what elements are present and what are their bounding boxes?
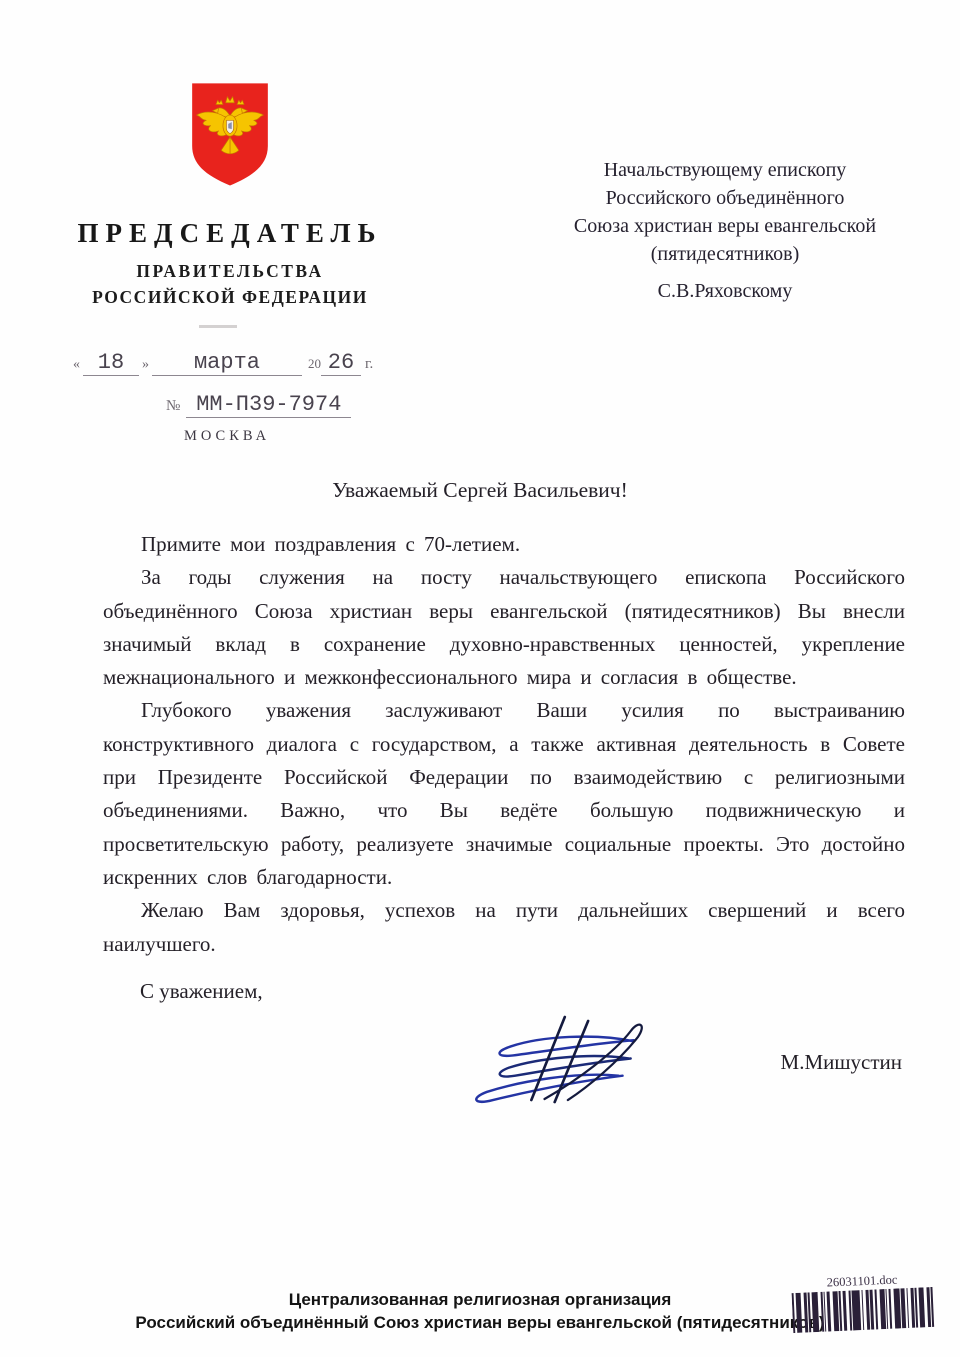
date-month: марта — [152, 350, 302, 376]
paragraph: Желаю Вам здоровья, успехов на пути даль… — [103, 894, 905, 961]
russia-coat-of-arms-icon — [186, 78, 274, 190]
addressee-name: С.В.Ряховскому — [520, 277, 930, 305]
date-line: « 18 » марта 20 26 г. — [70, 350, 373, 376]
closing-phrase: С уважением, — [140, 979, 263, 1004]
number-sign: № — [166, 398, 180, 415]
barcode-icon — [792, 1287, 936, 1333]
letterhead: ПРЕДСЕДАТЕЛЬ ПРАВИТЕЛЬСТВА РОССИЙСКОЙ ФЕ… — [58, 78, 402, 308]
open-quote: « — [70, 357, 83, 373]
letterhead-subtitle-1: ПРАВИТЕЛЬСТВА — [58, 261, 402, 282]
barcode-block: 26031101.doc — [791, 1271, 935, 1333]
document-number: ММ-П39-7974 — [186, 392, 351, 418]
addressee-line: (пятидесятников) — [520, 240, 930, 268]
salutation: Уважаемый Сергей Васильевич! — [0, 478, 960, 503]
letterhead-subtitle-2: РОССИЙСКОЙ ФЕДЕРАЦИИ — [58, 287, 402, 308]
paragraph: Глубокого уважения заслуживают Ваши усил… — [103, 694, 905, 894]
city-label: МОСКВА — [184, 428, 270, 445]
document-number-line: № ММ-П39-7974 — [166, 392, 351, 418]
date-year: 26 — [321, 350, 361, 376]
addressee-line: Российского объединённого — [520, 184, 930, 212]
letter-body: Примите мои поздравления с 70-летием. За… — [103, 528, 905, 961]
addressee-line: Союза христиан веры евангельской — [520, 212, 930, 240]
date-day: 18 — [83, 350, 139, 376]
year-prefix: 20 — [308, 356, 321, 372]
scanned-letter-page: ПРЕДСЕДАТЕЛЬ ПРАВИТЕЛЬСТВА РОССИЙСКОЙ ФЕ… — [0, 0, 960, 1357]
paragraph: Примите мои поздравления с 70-летием. — [103, 528, 905, 561]
letterhead-title: ПРЕДСЕДАТЕЛЬ — [58, 218, 402, 249]
addressee-block: Начальствующему епископу Российского объ… — [520, 156, 930, 305]
paragraph: За годы служения на посту начальствующег… — [103, 561, 905, 694]
year-suffix: г. — [365, 356, 373, 373]
handwritten-signature — [428, 1010, 656, 1108]
close-quote: » — [139, 357, 152, 373]
signer-name: М.Мишустин — [781, 1050, 902, 1075]
addressee-line: Начальствующему епископу — [520, 156, 930, 184]
letterhead-rule — [199, 325, 237, 328]
